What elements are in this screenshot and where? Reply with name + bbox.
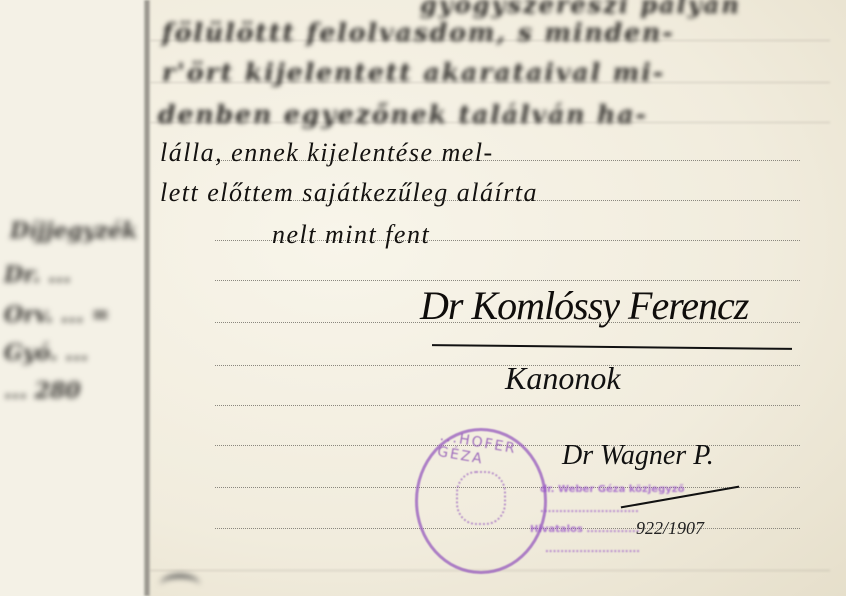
handwritten-line: lett előttem sajátkezűleg aláírta xyxy=(160,178,538,208)
bottom-blurred-text xyxy=(150,560,846,596)
stamped-print-line: dr. Weber Géza közjegyző xyxy=(540,484,684,495)
ruled-line xyxy=(215,405,800,406)
handwritten-line: gyógyszerészi pályán xyxy=(420,0,741,19)
primary-signature: Dr Komlóssy Ferencz xyxy=(420,282,748,329)
handwritten-line: denben egyezőnek találván ha- xyxy=(158,100,648,129)
margin-note: ... 280 xyxy=(4,378,81,404)
stamped-print-line: ......................... xyxy=(545,544,640,555)
margin-note: Díjjegyzék xyxy=(10,218,137,244)
document-page: gyógyszerészi pályán fölülöttt felolvasd… xyxy=(0,0,846,596)
stamp-text: ...HOFER GÉZA xyxy=(436,428,546,478)
margin-note: Dr. ... xyxy=(4,262,71,288)
secondary-signature: Dr Wagner P. xyxy=(562,440,714,472)
signature-underline xyxy=(432,344,792,350)
margin-note: Gyó. ... xyxy=(4,340,88,366)
ruled-line xyxy=(215,280,800,281)
left-margin-column xyxy=(0,0,148,596)
signature-title: Kanonok xyxy=(505,360,621,397)
official-stamp: ...HOFER GÉZA xyxy=(415,428,547,574)
coat-of-arms-icon xyxy=(456,471,506,525)
handwritten-line: fölülöttt felolvasdom, s minden- xyxy=(162,18,675,47)
handwritten-line: lálla, ennek kijelentése mel- xyxy=(160,138,494,168)
stamped-print-line: Hivatalos .............. xyxy=(530,524,640,535)
margin-note: Orv. ... = xyxy=(4,302,110,328)
reference-number: 922/1907 xyxy=(636,518,704,539)
handwritten-line: nelt mint fent xyxy=(272,220,430,250)
handwritten-line: r'ört kijelentett akarataival mi- xyxy=(162,58,665,87)
margin-rule xyxy=(144,0,150,596)
